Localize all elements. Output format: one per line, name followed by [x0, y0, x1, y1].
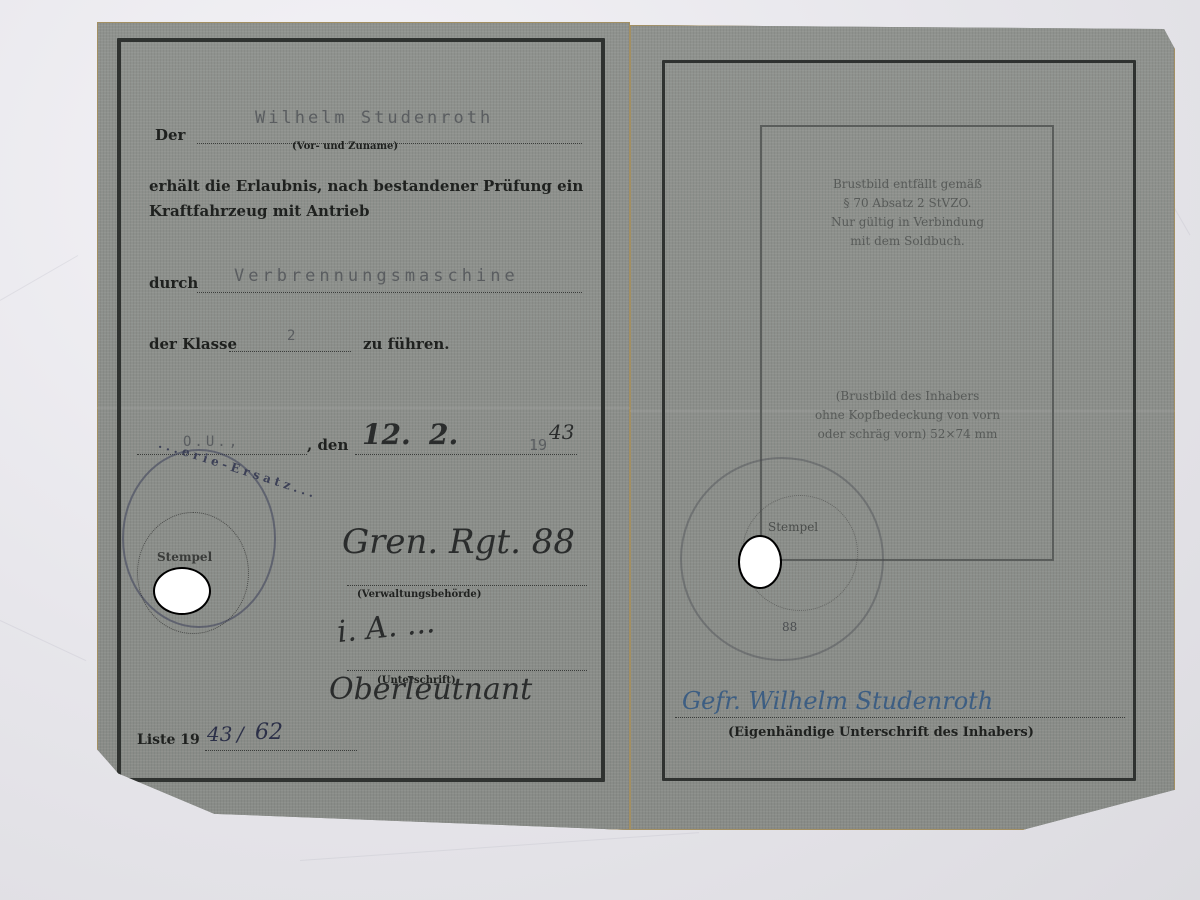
photo-note-line: § 70 Absatz 2 StVZO.: [765, 194, 1050, 213]
photo-note-line: Brustbild entfällt gemäß: [765, 175, 1050, 194]
censor-oval: [153, 567, 211, 615]
fuehren-label: zu führen.: [363, 335, 449, 353]
date-month: 2.: [429, 418, 458, 451]
stamp-label: Stempel: [768, 520, 818, 534]
signature-line: [347, 670, 587, 671]
photo-caption-line: (Brustbild des Inhabers: [765, 387, 1050, 406]
authority-handwritten: Gren. Rgt. 88: [342, 522, 575, 562]
photo-note-line: Nur gültig in Verbindung: [765, 213, 1050, 232]
rank-handwritten: Oberleutnant: [329, 672, 532, 707]
date-line: [355, 454, 577, 455]
klasse-line: [229, 351, 351, 352]
klasse-label: der Klasse: [149, 335, 237, 353]
liste-year: 43: [207, 722, 232, 746]
holder-signature: Gefr. Wilhelm Studenroth: [682, 687, 993, 715]
photo-caption-line: oder schräg vorn) 52×74 mm: [765, 425, 1050, 444]
klasse-value: 2: [287, 328, 298, 344]
left-page: Der Wilhelm Studenroth (Vor- und Zuname)…: [97, 22, 630, 830]
permission-line-2: Kraftfahrzeug mit Antrieb: [149, 202, 370, 220]
background-crease: [0, 620, 86, 661]
photo-note-line: mit dem Soldbuch.: [765, 232, 1050, 251]
den-label: , den: [307, 436, 348, 454]
stamp-ring-number: 88: [782, 620, 797, 634]
right-page: Brustbild entfällt gemäß § 70 Absatz 2 S…: [630, 25, 1175, 830]
stamp-label: Stempel: [157, 550, 212, 564]
photo-caption: (Brustbild des Inhabers ohne Kopfbedecku…: [765, 387, 1050, 444]
year-prefix: 19: [529, 436, 547, 454]
engine-line: [197, 292, 582, 293]
name-caption: (Vor- und Zuname): [292, 141, 398, 152]
liste-separator: /: [237, 722, 244, 746]
background-crease: [300, 832, 699, 861]
liste-number: 62: [255, 720, 283, 745]
authority-caption: (Verwaltungsbehörde): [357, 589, 482, 600]
background-crease: [0, 255, 78, 301]
durch-label: durch: [149, 274, 198, 292]
holder-name: Wilhelm Studenroth: [255, 108, 493, 128]
der-label: Der: [155, 126, 185, 144]
year-suffix: 43: [549, 420, 574, 444]
authority-line: [347, 585, 587, 586]
permission-line-1: erhält die Erlaubnis, nach bestandener P…: [149, 177, 583, 195]
censor-oval: [738, 535, 782, 589]
photo-note: Brustbild entfällt gemäß § 70 Absatz 2 S…: [765, 175, 1050, 251]
liste-label: Liste 19: [137, 732, 200, 748]
liste-line: [205, 750, 357, 751]
date-day: 12.: [362, 418, 411, 451]
engine-type: Verbrennungsmaschine: [234, 266, 519, 286]
photo-caption-line: ohne Kopfbedeckung von vorn: [765, 406, 1050, 425]
holder-signature-line: [675, 717, 1125, 718]
holder-signature-caption: (Eigenhändige Unterschrift des Inhabers): [728, 725, 1034, 740]
